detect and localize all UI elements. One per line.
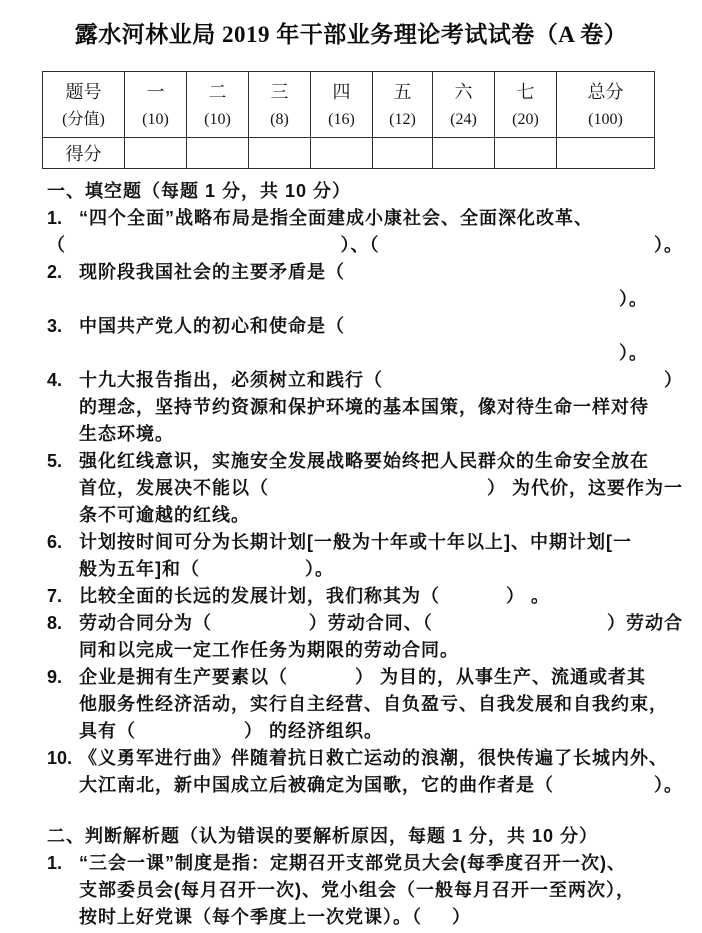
line-text: ） 的经济组织。: [244, 718, 383, 745]
question: 8.劳动合同分为（）劳动合同、（）劳动合同和以完成一定工作任务为期限的劳动合同。: [47, 610, 683, 664]
answer-blank: [380, 232, 655, 259]
score-column-header: 三(8): [249, 72, 311, 138]
question-line: 同和以完成一定工作任务为期限的劳动合同。: [79, 637, 683, 664]
line-text: 般为五年]和（: [79, 556, 200, 583]
page-title: 露水河林业局 2019 年干部业务理论考试试卷（A 卷）: [0, 21, 702, 48]
question-line: （）、（）。: [47, 232, 683, 259]
question-body: 计划按时间可分为长期计划[一般为十年或十年以上]、中期计划[一般为五年]和（）。: [79, 529, 683, 583]
question-body: 现阶段我国社会的主要矛盾是（）。: [79, 259, 683, 313]
line-text: 《义勇军进行曲》伴随着抗日救亡运动的浪潮，很快传遍了长城内外、: [79, 745, 668, 772]
question-body: “三会一课”制度是指：定期召开支部党员大会(每季度召开一次)、支部委员会(每月召…: [79, 850, 683, 931]
question-line: 首位，发展决不能以（） 为代价，这要作为一: [79, 475, 683, 502]
score-value-cell: [125, 138, 187, 169]
line-text: ）。: [619, 340, 648, 367]
question-line: ）。: [79, 286, 683, 313]
corner-label-line1: 题号: [43, 77, 124, 107]
question: 3.中国共产党人的初心和使命是（）。: [47, 313, 683, 367]
column-name: 四: [311, 77, 372, 107]
question-number: 9.: [47, 664, 79, 691]
score-column-header: 七(20): [495, 72, 557, 138]
line-text: ）劳动合: [607, 610, 683, 637]
score-value-cell: [311, 138, 373, 169]
line-text: 首位，发展决不能以（: [79, 475, 269, 502]
line-text: ）。: [619, 286, 648, 313]
question: 2.现阶段我国社会的主要矛盾是（）。: [47, 259, 683, 313]
line-text: 企业是拥有生产要素以（: [79, 664, 288, 691]
question: 4.十九大报告指出，必须树立和践行（）的理念，坚持节约资源和保护环境的基本国策，…: [47, 367, 683, 448]
line-text: 支部委员会(每月召开一次)、党小组会（一般每月召开一至两次），: [79, 877, 635, 904]
column-name: 五: [373, 77, 432, 107]
line-text: 生态环境。: [79, 421, 174, 448]
line-text: ）劳动合同、（: [309, 610, 433, 637]
question: 10.《义勇军进行曲》伴随着抗日救亡运动的浪潮，很快传遍了长城内外、大江南北，新…: [47, 745, 683, 799]
column-name: 一: [125, 77, 186, 107]
answer-blank: [212, 610, 309, 637]
answer-blank: [433, 610, 607, 637]
question-line: ）。: [79, 340, 683, 367]
question-number: 10.: [47, 745, 79, 772]
question-line: 十九大报告指出，必须树立和践行（）: [79, 367, 683, 394]
score-table-header-row: 题号(分值)一(10)二(10)三(8)四(16)五(12)六(24)七(20)…: [43, 72, 655, 138]
answer-blank: [440, 583, 506, 610]
line-text: 劳动合同分为（: [79, 610, 212, 637]
question-number: 4.: [47, 367, 79, 394]
score-table: 题号(分值)一(10)二(10)三(8)四(16)五(12)六(24)七(20)…: [42, 71, 655, 169]
question-line: 生态环境。: [79, 421, 683, 448]
section-2: 二、判断解析题（认为错误的要解析原因，每题 1 分，共 10 分）1.“三会一课…: [47, 823, 683, 931]
score-column-header: 六(24): [433, 72, 495, 138]
score-column-header: 二(10): [187, 72, 249, 138]
score-value-cell: [373, 138, 433, 169]
question: 6.计划按时间可分为长期计划[一般为十年或十年以上]、中期计划[一般为五年]和（…: [47, 529, 683, 583]
question-number: 1.: [47, 850, 79, 877]
answer-blank: [200, 556, 305, 583]
answer-blank: [383, 367, 664, 394]
section-1: 一、填空题（每题 1 分，共 10 分）1.“四个全面”战略布局是指全面建成小康…: [47, 178, 683, 799]
column-name: 七: [495, 77, 556, 107]
question-line: 劳动合同分为（）劳动合同、（）劳动合: [79, 610, 683, 637]
column-points: (10): [187, 107, 248, 133]
question-body: “四个全面”战略布局是指全面建成小康社会、全面深化改革、（）、（）。: [79, 205, 683, 259]
question-line: 支部委员会(每月召开一次)、党小组会（一般每月召开一至两次），: [79, 877, 683, 904]
section-heading: 二、判断解析题（认为错误的要解析原因，每题 1 分，共 10 分）: [47, 823, 683, 850]
line-text: （: [47, 232, 66, 259]
line-text: 条不可逾越的红线。: [79, 502, 250, 529]
answer-blank: [269, 475, 487, 502]
question-line: 现阶段我国社会的主要矛盾是（: [79, 259, 683, 286]
score-value-cell: [187, 138, 249, 169]
question-line: “三会一课”制度是指：定期召开支部党员大会(每季度召开一次)、: [79, 850, 683, 877]
question-body: 《义勇军进行曲》伴随着抗日救亡运动的浪潮，很快传遍了长城内外、大江南北，新中国成…: [79, 745, 683, 799]
question-line: 条不可逾越的红线。: [79, 502, 683, 529]
score-corner-cell: 题号(分值): [43, 72, 125, 138]
column-points: (8): [249, 107, 310, 133]
score-column-header: 四(16): [311, 72, 373, 138]
score-value-cell: [557, 138, 655, 169]
line-text: ）。: [305, 556, 334, 583]
exam-paper-page: 露水河林业局 2019 年干部业务理论考试试卷（A 卷） 题号(分值)一(10)…: [0, 0, 702, 933]
question: 9.企业是拥有生产要素以（） 为目的，从事生产、流通或者其他服务性经济活动，实行…: [47, 664, 683, 745]
section-heading: 一、填空题（每题 1 分，共 10 分）: [47, 178, 683, 205]
answer-blank: [66, 232, 341, 259]
line-text: 的理念，坚持节约资源和保护环境的基本国策，像对待生命一样对待: [79, 394, 649, 421]
question: 1.“三会一课”制度是指：定期召开支部党员大会(每季度召开一次)、支部委员会(每…: [47, 850, 683, 931]
question: 1.“四个全面”战略布局是指全面建成小康社会、全面深化改革、（）、（）。: [47, 205, 683, 259]
question-body: 中国共产党人的初心和使命是（）。: [79, 313, 683, 367]
question-body: 比较全面的长远的发展计划，我们称其为（） 。: [79, 583, 683, 610]
question-line: 强化红线意识，实施安全发展战略要始终把人民群众的生命安全放在: [79, 448, 683, 475]
line-text: 中国共产党人的初心和使命是（: [79, 313, 345, 340]
question-line: 的理念，坚持节约资源和保护环境的基本国策，像对待生命一样对待: [79, 394, 683, 421]
line-text: 强化红线意识，实施安全发展战略要始终把人民群众的生命安全放在: [79, 448, 649, 475]
line-text: 计划按时间可分为长期计划[一般为十年或十年以上]、中期计划[一: [79, 529, 632, 556]
line-text: ）: [452, 904, 471, 931]
line-text: 同和以完成一定工作任务为期限的劳动合同。: [79, 637, 459, 664]
score-column-header: 总分(100): [557, 72, 655, 138]
column-points: (24): [433, 107, 494, 133]
question-number: 7.: [47, 583, 79, 610]
question-line: 大江南北，新中国成立后被确定为国歌，它的曲作者是（）。: [79, 772, 683, 799]
question-number: 5.: [47, 448, 79, 475]
question-line: “四个全面”战略布局是指全面建成小康社会、全面深化改革、: [79, 205, 683, 232]
column-points: (16): [311, 107, 372, 133]
line-text: ）。: [654, 772, 683, 799]
question-line: 比较全面的长远的发展计划，我们称其为（） 。: [79, 583, 683, 610]
line-text: 十九大报告指出，必须树立和践行（: [79, 367, 383, 394]
column-points: (100): [557, 107, 654, 133]
score-label-cell: 得分: [43, 138, 125, 169]
question-line: 他服务性经济活动，实行自主经营、自负盈亏、自我发展和自我约束，: [79, 691, 683, 718]
question: 5.强化红线意识，实施安全发展战略要始终把人民群众的生命安全放在首位，发展决不能…: [47, 448, 683, 529]
line-text: 比较全面的长远的发展计划，我们称其为（: [79, 583, 440, 610]
question-number: 3.: [47, 313, 79, 340]
line-text: ） 为目的，从事生产、流通或者其: [355, 664, 646, 691]
score-table-score-row: 得分: [43, 138, 655, 169]
answer-blank: [288, 664, 355, 691]
line-text: 具有（: [79, 718, 136, 745]
column-name: 二: [187, 77, 248, 107]
question-body: 十九大报告指出，必须树立和践行（）的理念，坚持节约资源和保护环境的基本国策，像对…: [79, 367, 683, 448]
score-value-cell: [495, 138, 557, 169]
score-value-cell: [433, 138, 495, 169]
score-value-cell: [249, 138, 311, 169]
line-text: ） 。: [506, 583, 550, 610]
score-column-header: 一(10): [125, 72, 187, 138]
line-text: “四个全面”战略布局是指全面建成小康社会、全面深化改革、: [79, 205, 593, 232]
question-line: 《义勇军进行曲》伴随着抗日救亡运动的浪潮，很快传遍了长城内外、: [79, 745, 683, 772]
line-text: ） 为代价，这要作为一: [487, 475, 683, 502]
question-body: 企业是拥有生产要素以（） 为目的，从事生产、流通或者其他服务性经济活动，实行自主…: [79, 664, 683, 745]
corner-label-line2: (分值): [43, 107, 124, 133]
question-number: 1.: [47, 205, 79, 232]
answer-blank: [422, 904, 452, 931]
line-text: 他服务性经济活动，实行自主经营、自负盈亏、自我发展和自我约束，: [79, 691, 668, 718]
question-body: 强化红线意识，实施安全发展战略要始终把人民群众的生命安全放在首位，发展决不能以（…: [79, 448, 683, 529]
column-points: (12): [373, 107, 432, 133]
column-name: 总分: [557, 77, 654, 107]
line-text: ）: [664, 367, 683, 394]
question-line: 按时上好党课（每个季度上一次党课）。（）: [79, 904, 683, 931]
question-number: 6.: [47, 529, 79, 556]
question-number: 2.: [47, 259, 79, 286]
column-points: (10): [125, 107, 186, 133]
line-text: 现阶段我国社会的主要矛盾是（: [79, 259, 345, 286]
column-name: 六: [433, 77, 494, 107]
line-text: 按时上好党课（每个季度上一次党课）。（: [79, 904, 422, 931]
score-column-header: 五(12): [373, 72, 433, 138]
question: 7.比较全面的长远的发展计划，我们称其为（） 。: [47, 583, 683, 610]
question-body: 劳动合同分为（）劳动合同、（）劳动合同和以完成一定工作任务为期限的劳动合同。: [79, 610, 683, 664]
questions-area: 一、填空题（每题 1 分，共 10 分）1.“四个全面”战略布局是指全面建成小康…: [0, 169, 702, 931]
question-line: 般为五年]和（）。: [79, 556, 683, 583]
question-line: 计划按时间可分为长期计划[一般为十年或十年以上]、中期计划[一: [79, 529, 683, 556]
question-line: 中国共产党人的初心和使命是（: [79, 313, 683, 340]
column-points: (20): [495, 107, 556, 133]
question-line: 具有（） 的经济组织。: [79, 718, 683, 745]
answer-blank: [554, 772, 654, 799]
line-text: ）。: [654, 232, 683, 259]
line-text: 大江南北，新中国成立后被确定为国歌，它的曲作者是（: [79, 772, 554, 799]
question-number: 8.: [47, 610, 79, 637]
line-text: ）、（: [341, 232, 380, 259]
answer-blank: [136, 718, 244, 745]
line-text: “三会一课”制度是指：定期召开支部党员大会(每季度召开一次)、: [79, 850, 626, 877]
question-line: 企业是拥有生产要素以（） 为目的，从事生产、流通或者其: [79, 664, 683, 691]
column-name: 三: [249, 77, 310, 107]
